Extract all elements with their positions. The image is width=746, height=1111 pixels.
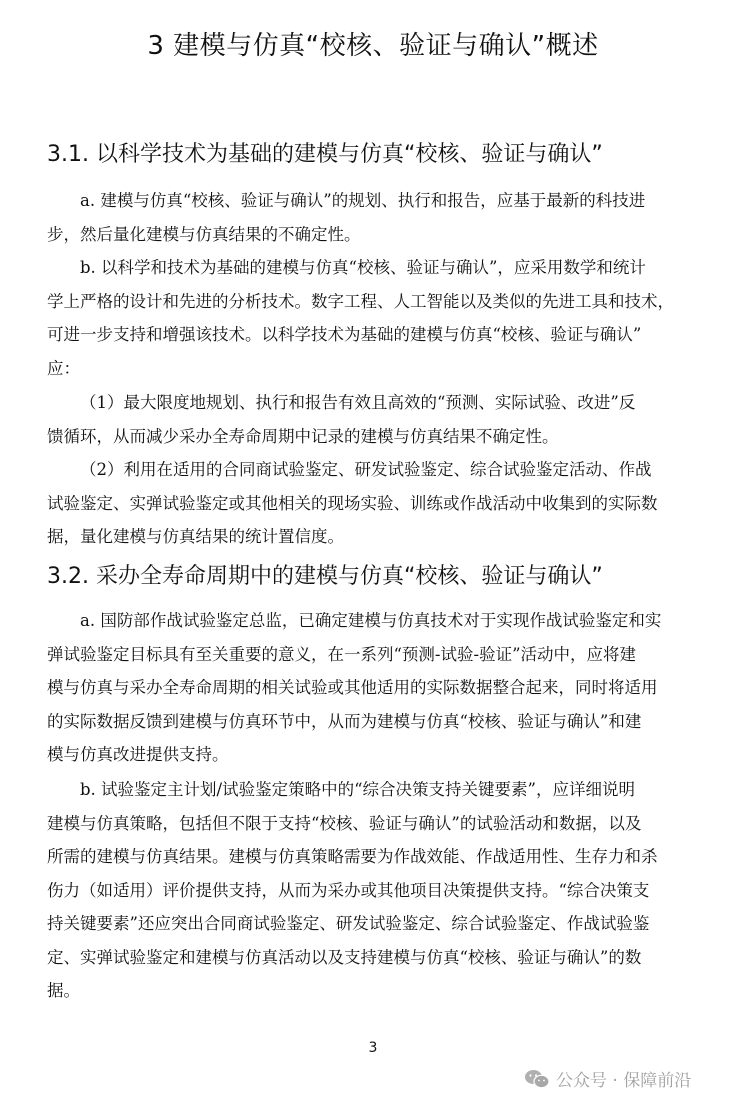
list-item-1: （1）最大限度地规划、执行和报告有效且高效的“预测、实际试验、改进”反 馈循环，… <box>47 386 697 453</box>
watermark-text: 公众号 · 保障前沿 <box>556 1066 691 1091</box>
paragraph-3-2-a: a. 国防部作战试验鉴定总监，已确定建模与仿真技术对于实现作战试验鉴定和实 弹试… <box>47 604 697 772</box>
section-heading-3-2: 3.2. 采办全寿命周期中的建模与仿真“校核、验证与确认” <box>47 562 603 592</box>
text-line: 据，量化建模与仿真结果的统计置信度。 <box>47 520 697 554</box>
text-line: a. 建模与仿真“校核、验证与确认”的规划、执行和报告，应基于最新的科技进 <box>47 184 697 218</box>
text-line: b. 试验鉴定主计划/试验鉴定策略中的“综合决策支持关键要素”，应详细说明 <box>47 773 697 807</box>
text-line: 模与仿真与采办全寿命周期的相关试验或其他适用的实际数据整合起来，同时将适用 <box>47 671 697 705</box>
text-line: 所需的建模与仿真结果。建模与仿真策略需要为作战效能、作战适用性、生存力和杀 <box>47 840 697 874</box>
text-line: （2）利用在适用的合同商试验鉴定、研发试验鉴定、综合试验鉴定活动、作战 <box>47 453 697 487</box>
text-line: 试验鉴定、实弹试验鉴定或其他相关的现场实验、训练或作战活动中收集到的实际数 <box>47 487 697 521</box>
text-line: 据。 <box>47 974 697 1008</box>
section-heading-3-1: 3.1. 以科学技术为基础的建模与仿真“校核、验证与确认” <box>47 140 603 170</box>
watermark: 公众号 · 保障前沿 <box>524 1066 691 1091</box>
paragraph-3-2-b: b. 试验鉴定主计划/试验鉴定策略中的“综合决策支持关键要素”，应详细说明 建模… <box>47 773 697 1008</box>
text-line: 的实际数据反馈到建模与仿真环节中，从而为建模与仿真“校核、验证与确认”和建 <box>47 705 697 739</box>
text-line: 伤力（如适用）评价提供支持，从而为采办或其他项目决策提供支持。“综合决策支 <box>47 874 697 908</box>
text-line: b. 以科学和技术为基础的建模与仿真“校核、验证与确认”，应采用数学和统计 <box>47 251 697 285</box>
page-title: 3 建模与仿真“校核、验证与确认”概述 <box>0 28 746 64</box>
text-line: a. 国防部作战试验鉴定总监，已确定建模与仿真技术对于实现作战试验鉴定和实 <box>47 604 697 638</box>
text-line: 应： <box>47 352 697 386</box>
text-line: 学上严格的设计和先进的分析技术。数字工程、人工智能以及类似的先进工具和技术， <box>47 285 697 319</box>
text-line: （1）最大限度地规划、执行和报告有效且高效的“预测、实际试验、改进”反 <box>47 386 697 420</box>
list-item-2: （2）利用在适用的合同商试验鉴定、研发试验鉴定、综合试验鉴定活动、作战 试验鉴定… <box>47 453 697 554</box>
text-line: 持关键要素”还应突出合同商试验鉴定、研发试验鉴定、综合试验鉴定、作战试验鉴 <box>47 907 697 941</box>
text-line: 定、实弹试验鉴定和建模与仿真活动以及支持建模与仿真“校核、验证与确认”的数 <box>47 941 697 975</box>
text-line: 建模与仿真策略，包括但不限于支持“校核、验证与确认”的试验活动和数据，以及 <box>47 807 697 841</box>
wechat-icon <box>524 1069 550 1089</box>
page-number: 3 <box>0 1040 746 1056</box>
text-line: 可进一步支持和增强该技术。以科学技术为基础的建模与仿真“校核、验证与确认” <box>47 318 697 352</box>
text-line: 模与仿真改进提供支持。 <box>47 738 697 772</box>
paragraph-3-1-b: b. 以科学和技术为基础的建模与仿真“校核、验证与确认”，应采用数学和统计 学上… <box>47 251 697 385</box>
paragraph-3-1-a: a. 建模与仿真“校核、验证与确认”的规划、执行和报告，应基于最新的科技进 步，… <box>47 184 697 251</box>
text-line: 弹试验鉴定目标具有至关重要的意义，在一系列“预测-试验-验证”活动中，应将建 <box>47 638 697 672</box>
text-line: 步，然后量化建模与仿真结果的不确定性。 <box>47 218 697 252</box>
text-line: 馈循环，从而减少采办全寿命周期中记录的建模与仿真结果不确定性。 <box>47 420 697 454</box>
